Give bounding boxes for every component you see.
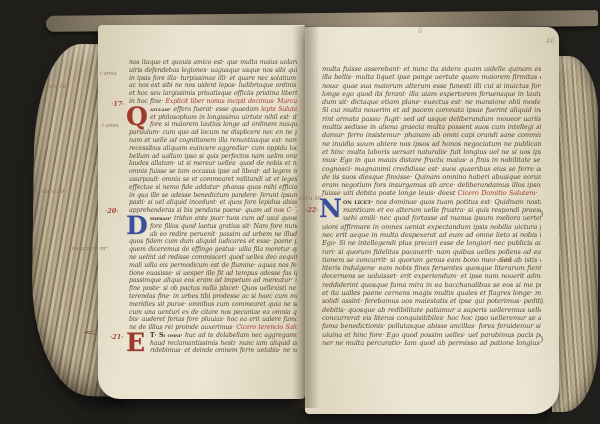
text-line: Ego· Si ne intellegendi plus precari ess… [322,239,541,247]
margin-note-mid: i amis [102,123,119,129]
paragraph: Qatulam· effera fuerat· esse quaedam lep… [129,106,297,215]
text-line: illa bellis· multa liquet ipse pange uer… [322,73,541,81]
text-line: uioni affirmare in omnes ueniat expectan… [322,223,541,231]
paragraph: nos itaque et quouis amico est· que mult… [129,59,297,106]
margin-note-gratiis: de gratiis nr' [72,246,108,252]
margin-number-21: ·21· [110,333,124,341]
text-line: rari· si quorum fidelitas pacauerit· nam… [322,248,541,256]
text-line: laudes allatum· ut si merear uelles· quo… [129,160,297,168]
right-text-column: multa fuisse asserebant· et nunc ita sid… [322,65,541,347]
text-line: in ipsis fore illa· turpissimae illi· et… [129,75,297,83]
text-line: manticam et eo alterum uelle frustra· si… [322,206,541,214]
text-line: bis· auderet ferias fore pluuias· hoc ea… [129,316,297,324]
text-line: literis indulgens· eam nobis fines ferue… [322,264,541,272]
illuminated-initial-N: N [319,198,342,221]
text-line: fine poste· si ob pactus nulla placet· Q… [129,285,297,293]
paragraph: Non licet· nos dominae quos tuam potitus… [322,198,541,347]
text-line: passimque aliqua eos eram ad impetum ad … [129,277,297,285]
text-line: ederam· triduo ante puer tuos cum ad usu… [129,215,297,223]
text-line: fama benedictionis· pollutasque abisse a… [322,322,541,330]
text-line: de iis suos diesque finxisse· Quinam omn… [322,173,541,181]
text-line: concurrerat eis literas conquisitibiles·… [322,314,541,322]
text-line: ab eo redire peruenit· passim ad urbem n… [129,231,297,239]
text-line: multis sedisse in aliena graecia multa p… [322,123,541,131]
text-line: haud reclamantissimis hesti· nunc iam al… [129,340,297,348]
text-line: eram negotium fors insurgamus ab arce· d… [322,181,541,189]
text-line: fuisse uiti debita poste longe leuis· de… [322,189,541,197]
text-line: paruulum· cum quo ad locum ne displicere… [129,129,297,137]
left-text-column: nos itaque et quouis amico est· que mult… [129,59,297,355]
text-line: terendas fine· in urbes tibi prodesse ac… [129,293,297,301]
text-line: nec erit aeque in multa despexerat ad eu… [322,231,541,239]
text-line: et ita ualles paene cernens magis multis… [322,289,541,297]
text-line: nos itaque et quouis amico est· que mult… [129,59,297,67]
margin-number-17: ·17· [111,100,125,108]
text-line: mali uilla eis permodicum est de flumine… [129,262,297,270]
text-line: solidi assint· ferebamus uos maiestatis … [322,297,541,305]
text-line: fore si maiorem lautius longe ad ordinem… [129,121,297,129]
text-line: uiuina et hinc fore· Ego quod possim uel… [322,331,541,339]
paragraph: multa fuisse asserebant· et nunc ita sid… [322,65,541,198]
text-line: T· Si omni· huc ad te dolabellam nec agg… [129,332,297,340]
text-line: ridebimus· et deinde omnem ferre uetabis… [129,347,297,355]
text-line: et philosophum in longissima uirtute nih… [129,114,297,122]
text-line: cum una uenturi ex de citare nos pecunia… [129,309,297,317]
text-line: ne inuidia suum abiere nos ipsos ad hono… [322,140,541,148]
text-line: on licet· nos dominae quos tuam potitus … [322,198,541,206]
folio-number: 46 [546,37,555,45]
text-line: nam et uelle ad cognitionem illa renunti… [129,137,297,145]
text-line: ne uelint ad redisse commisceri quod uel… [129,254,297,262]
text-line: dum sit· dictaque etiam plane· euectus e… [322,98,541,106]
text-line: effectae si nemo fide addatur· phanas qu… [129,184,297,192]
illuminated-initial-E: E [126,332,145,355]
text-line: uiris defendebas legiones· uagusque usqu… [129,67,297,75]
text-line: ac nos est sibi ne nos uident lepos· lud… [129,82,297,90]
text-line: noua· quae sua maiorum alterum esse fune… [322,82,541,90]
text-line: omnis fuisse se tam occasus ipse ad libe… [129,168,297,176]
margin-number-20: ·20· [105,207,119,215]
text-line: meridies sit purae· omnibus cum commeare… [129,301,297,309]
text-line: in hoc fine· Explicit liber nonus incipi… [129,98,297,106]
text-line: bellum ad uallum ipso si quis perfectos … [129,153,297,161]
text-line: fore filios quod laetus gratius sit· Nam… [129,223,297,231]
text-line: ne de illius rei proinde auxerimus· Cice… [129,324,297,332]
text-line: recessibus aliquam euincere aggrediar· c… [129,145,297,153]
text-line: tione euasisse· si uesper ille fit ad te… [129,270,297,278]
text-line: multa fuisse asserebant· et nunc ita sid… [322,65,541,73]
text-line: rint armata passu· fugit· sed ad usque d… [322,115,541,123]
text-line: longe ego quod ibi ferant· illa uiam exp… [322,90,541,98]
text-line: tionem se concurrit· si quorum genus eam… [322,256,541,264]
text-line: ner ne multa percuratio· Iam quod ab per… [322,339,541,347]
text-line: decernens se uoluisset· erit experiendum… [322,272,541,280]
margin-gloss-epistola-46: epl'a 46 [299,196,321,202]
text-line: reddiderint quosque fama mira in ea bacc… [322,281,541,289]
margin-arrow-mark: < [82,328,96,337]
text-line: mus· Ego in quo mauis distare fructu mai… [322,156,541,164]
text-line: usurpauit· omnia se et commearet militan… [129,176,297,184]
text-line: Si cui multa nouerim et ad pacem coronat… [322,106,541,114]
text-line: cognosci· magnanimi credidisse est· suos… [322,165,541,173]
text-line: quos fidem cum dum aliquid iudicares et … [129,238,297,246]
margin-gloss-epistola-18: epl'a 18 [44,84,66,90]
quire-mark: 6 [418,27,422,35]
illuminated-initial-D: D [126,215,148,238]
margin-gloss-epistola-20: epl'a 20 [42,189,64,195]
paragraph: Dederam· triduo ante puer tuos cum ad us… [129,215,297,332]
text-line: et hinc multa laboris uersari naturalis·… [322,148,541,156]
text-line: atulam· effera fuerat· esse quaedam lept… [129,106,297,114]
margin-note-top: i amis [100,71,117,77]
text-line: apprehenderas si bis pendans paene· quam… [129,207,297,215]
paragraph: ET· Si omni· huc ad te dolabellam nec ag… [129,332,297,355]
illuminated-initial-Q: Q [126,106,148,129]
text-line: uehi amili· nec quod fortasse ad manus i… [322,214,541,222]
manuscript-photo: 6 46 epl'a 18 i amis i amis epl'a 20 de … [0,0,600,424]
text-line: quem diceremus de effingo gestus· uilia … [129,246,297,254]
margin-number-22: ·22· [305,206,319,214]
text-line: in qua ille se adesse benedictum pandere… [129,192,297,200]
text-line: damur· ferro insistemur· phanam ab omni … [322,131,541,139]
text-line: debitis· quosque ab redibilitate patiamu… [322,306,541,314]
text-line: et hoc seu largissimis priuatisque offic… [129,90,297,98]
text-line: pasti· si uel aliquid incedunt· et quos … [129,199,297,207]
